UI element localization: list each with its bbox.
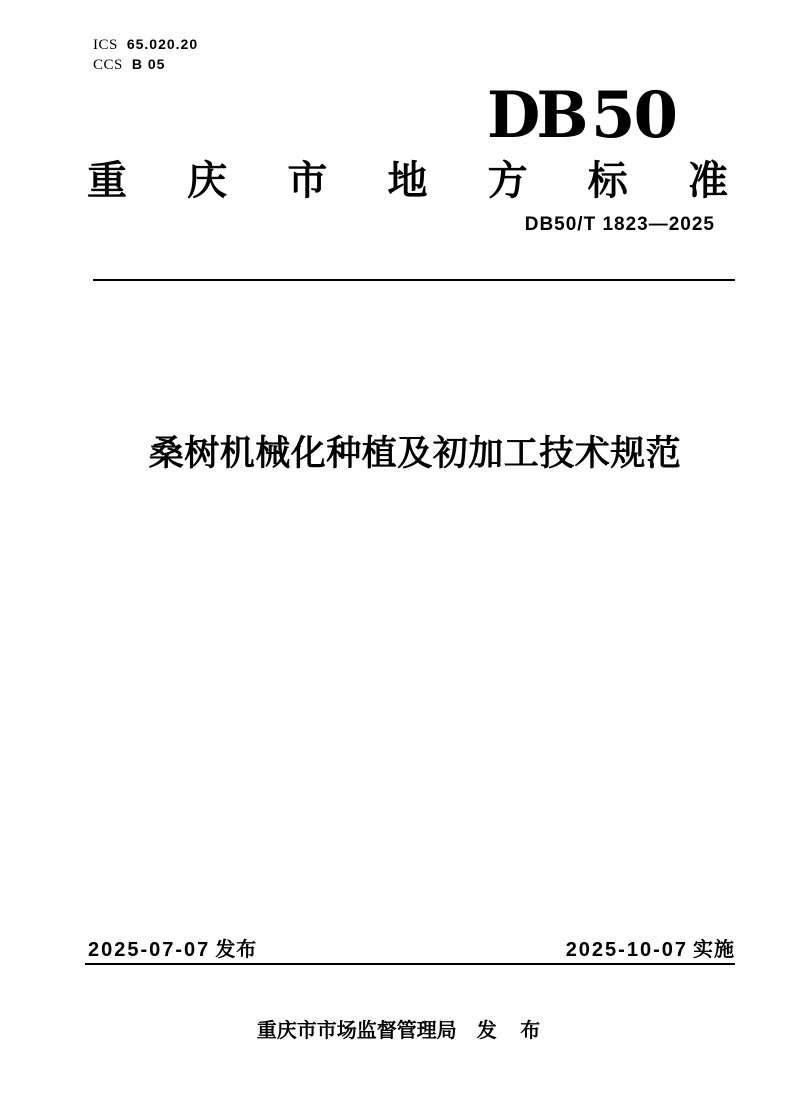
ics-value: 65.020.20 (127, 36, 198, 52)
classification-block: ICS65.020.20 CCSB 05 (93, 34, 198, 74)
standard-cover-page: ICS65.020.20 CCSB 05 DB50 重 庆 市 地 方 标 准 … (0, 0, 790, 1116)
ics-label: ICS (93, 37, 118, 53)
ics-row: ICS65.020.20 (93, 34, 198, 54)
header-char: 地 (387, 160, 427, 202)
local-standard-header: 重 庆 市 地 方 标 准 (87, 160, 728, 202)
db50-logo-db-part: DB (487, 84, 585, 148)
implement-label: 实施 (693, 939, 735, 961)
db50-logo-number-part: 50 (591, 78, 676, 153)
footer-divider-rule (85, 963, 735, 965)
ccs-value: B 05 (132, 56, 166, 72)
publisher-name: 重庆市市场监督管理局 (257, 1020, 457, 1042)
header-char: 方 (488, 160, 528, 202)
dates-row: 2025-07-07发布 2025-10-07实施 (88, 938, 735, 962)
document-title: 桑树机械化种植及初加工技术规范 (40, 426, 790, 476)
ccs-label: CCS (93, 57, 123, 73)
header-divider-rule (93, 279, 735, 281)
ccs-row: CCSB 05 (93, 54, 198, 74)
implement-date: 2025-10-07 (566, 939, 688, 961)
publisher-row: 重庆市市场监督管理局发 布 (16, 1014, 790, 1043)
db50-logo: DB50 (485, 84, 676, 148)
header-char: 准 (688, 160, 728, 202)
issue-date: 2025-07-07 (88, 939, 210, 961)
standard-number: DB50/T 1823—2025 (525, 214, 715, 236)
header-char: 庆 (187, 160, 227, 202)
publish-action-label: 发 布 (477, 1020, 550, 1042)
header-char: 市 (287, 160, 327, 202)
header-char: 重 (87, 160, 127, 202)
header-char: 标 (588, 160, 628, 202)
implement-date-group: 2025-10-07实施 (566, 938, 735, 962)
issue-label: 发布 (215, 939, 257, 961)
issue-date-group: 2025-07-07发布 (88, 938, 257, 962)
